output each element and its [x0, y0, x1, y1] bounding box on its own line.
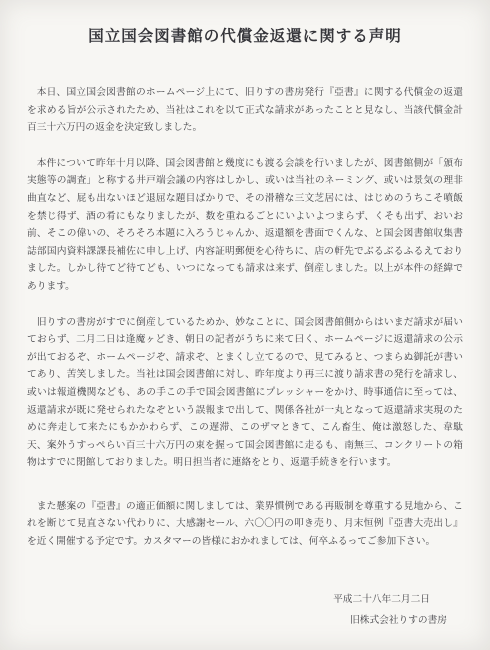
document-body: 本日、国立国会図書館のホームページ上にて、旧りすの書房発行『亞書』に関する代償金… [27, 84, 463, 551]
paragraph-closing: また懸案の『亞書』の適正価額に関しましては、業界慣例である再販制を尊重する見地か… [27, 498, 463, 551]
signature-line: 旧株式会社りすの書房 [27, 610, 463, 631]
signature-block: 平成二十八年二月二日 旧株式会社りすの書房 [27, 589, 463, 631]
document-title: 国立国会図書館の代償金返還に関する声明 [27, 24, 463, 46]
paragraph-current-situation: 旧りすの書房がすでに倒産しているためか、妙なことに、国会図書館側からはいまだ請求… [27, 314, 463, 472]
statement-document: 国立国会図書館の代償金返還に関する声明 本日、国立国会図書館のホームページ上にて… [0, 0, 490, 650]
date-line: 平成二十八年二月二日 [27, 589, 463, 610]
paragraph-background: 本件について昨年十月以降、国会図書館と幾度にも渡る会談を行いましたが、図書館側が… [27, 155, 463, 296]
paragraph-intro: 本日、国立国会図書館のホームページ上にて、旧りすの書房発行『亞書』に関する代償金… [27, 84, 463, 137]
